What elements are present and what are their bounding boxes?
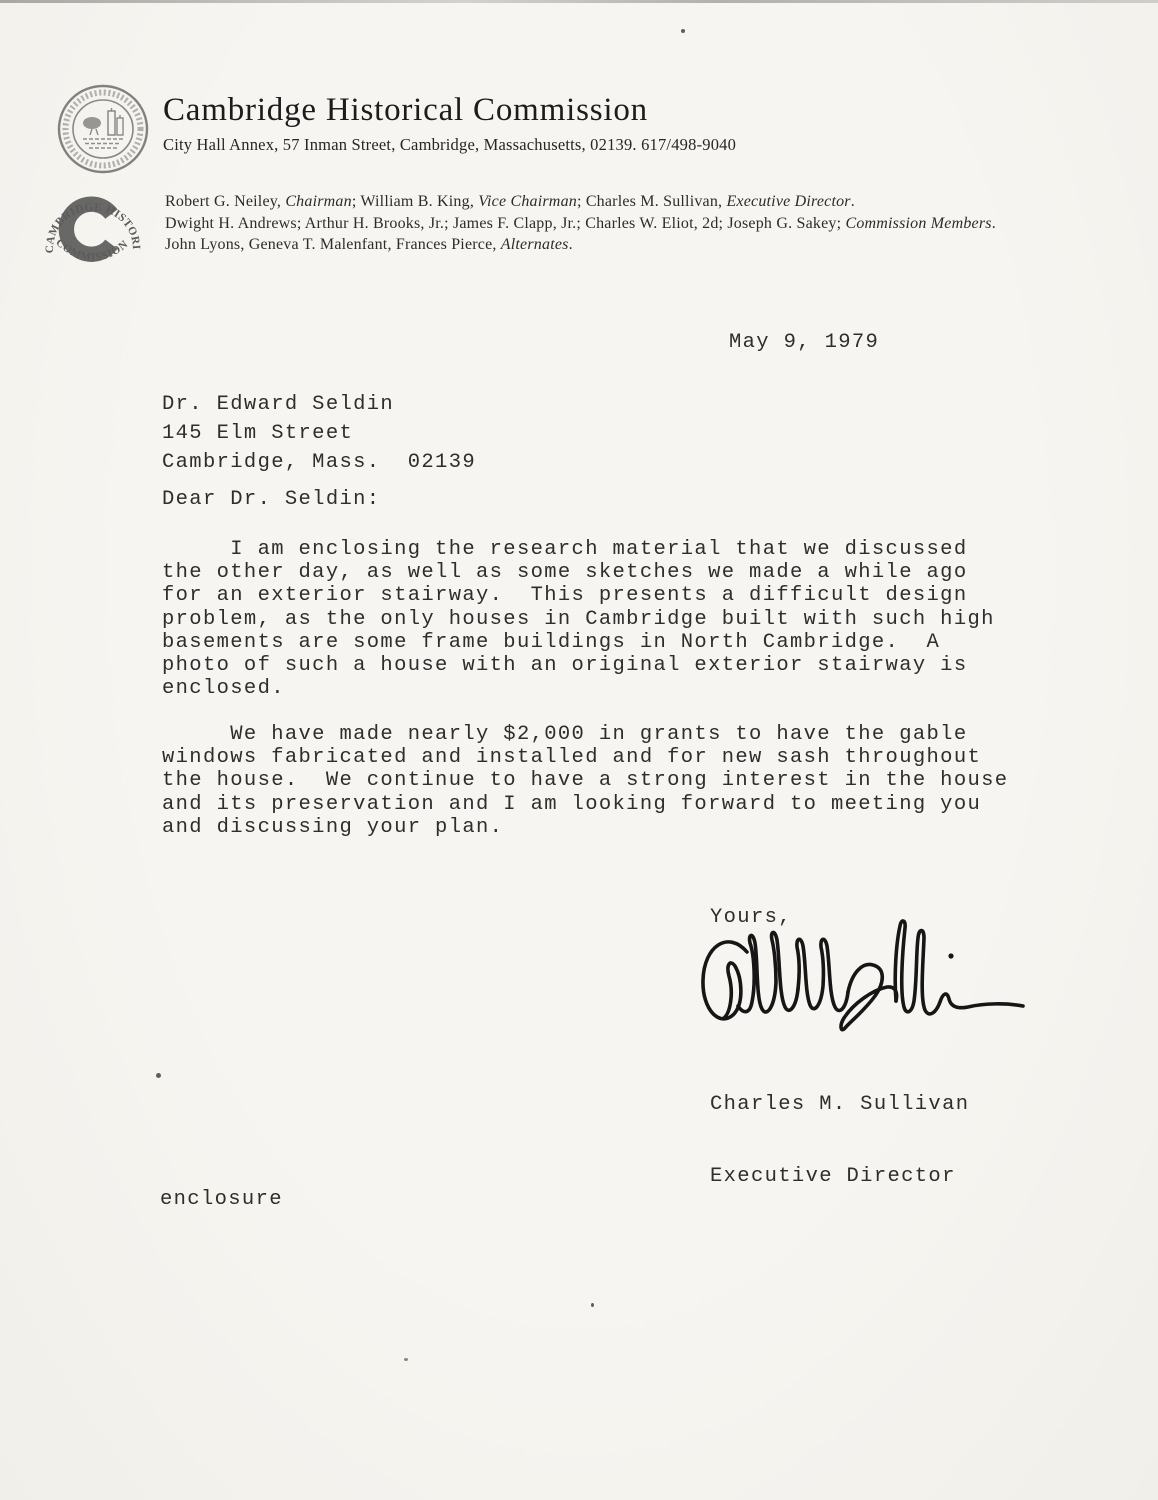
member-names: Dwight H. Andrews; Arthur H. Brooks, Jr.… (165, 215, 845, 232)
text-line: and discussing your plan. (162, 816, 1008, 839)
role-title: Vice Chairman (478, 193, 577, 210)
text-line: I am enclosing the research material tha… (162, 538, 995, 561)
board-members: Robert G. Neiley, Chairman; William B. K… (165, 191, 1125, 256)
body-paragraph-1: I am enclosing the research material tha… (162, 538, 995, 700)
text-line: the other day, as well as some sketches … (162, 561, 995, 584)
role-title: Alternates (501, 236, 569, 253)
city-seal-icon (55, 84, 151, 176)
board-line-officers: Robert G. Neiley, Chairman; William B. K… (165, 191, 1125, 213)
text-line: windows fabricated and installed and for… (162, 746, 1008, 769)
text-line: Cambridge, Mass. 02139 (162, 448, 476, 477)
role-title: Chairman (285, 193, 352, 210)
text-line: problem, as the only houses in Cambridge… (162, 608, 995, 631)
role-title: Commission Members (845, 215, 991, 232)
signer-title: Executive Director (710, 1164, 969, 1190)
chc-monogram-icon: CAMBRIDGE HISTORICAL COMMISSION (40, 186, 146, 276)
member-names: . (851, 193, 855, 210)
text-line: the house. We continue to have a strong … (162, 769, 1008, 792)
text-line: for an exterior stairway. This presents … (162, 584, 995, 607)
scan-speck (681, 29, 685, 33)
signature-icon (692, 916, 1032, 1041)
signer-name: Charles M. Sullivan (710, 1092, 969, 1118)
text-line: 145 Elm Street (162, 419, 476, 448)
text-line: Dr. Edward Seldin (162, 390, 476, 419)
letter-date: May 9, 1979 (729, 331, 879, 354)
recipient-address: Dr. Edward Seldin145 Elm StreetCambridge… (162, 390, 476, 477)
body-paragraph-2: We have made nearly $2,000 in grants to … (162, 723, 1008, 839)
org-name: Cambridge Historical Commission (163, 92, 648, 129)
text-line: and its preservation and I am looking fo… (162, 793, 1008, 816)
salutation: Dear Dr. Seldin: (162, 488, 380, 511)
scan-edge-artifact (0, 0, 1158, 3)
enclosure-note: enclosure (160, 1188, 283, 1211)
member-names: ; Charles M. Sullivan, (577, 193, 726, 210)
member-names: Robert G. Neiley, (165, 193, 285, 210)
scan-speck (404, 1358, 408, 1361)
text-line: photo of such a house with an original e… (162, 654, 995, 677)
org-address: City Hall Annex, 57 Inman Street, Cambri… (163, 135, 736, 155)
text-line: enclosed. (162, 677, 995, 700)
scanned-letter-page: Cambridge Historical Commission City Hal… (0, 0, 1158, 1500)
board-line-commission-members: Dwight H. Andrews; Arthur H. Brooks, Jr.… (165, 213, 1125, 235)
signature-block: Charles M. Sullivan Executive Director (710, 1046, 969, 1236)
text-line: We have made nearly $2,000 in grants to … (162, 723, 1008, 746)
member-names: ; William B. King, (352, 193, 478, 210)
member-names: John Lyons, Geneva T. Malenfant, Frances… (165, 236, 501, 253)
text-line: basements are some frame buildings in No… (162, 631, 995, 654)
member-names: . (569, 236, 573, 253)
scan-speck (156, 1073, 161, 1078)
member-names: . (992, 215, 996, 232)
role-title: Executive Director (726, 193, 850, 210)
scan-speck (591, 1303, 594, 1307)
board-line-alternates: John Lyons, Geneva T. Malenfant, Frances… (165, 234, 1125, 256)
